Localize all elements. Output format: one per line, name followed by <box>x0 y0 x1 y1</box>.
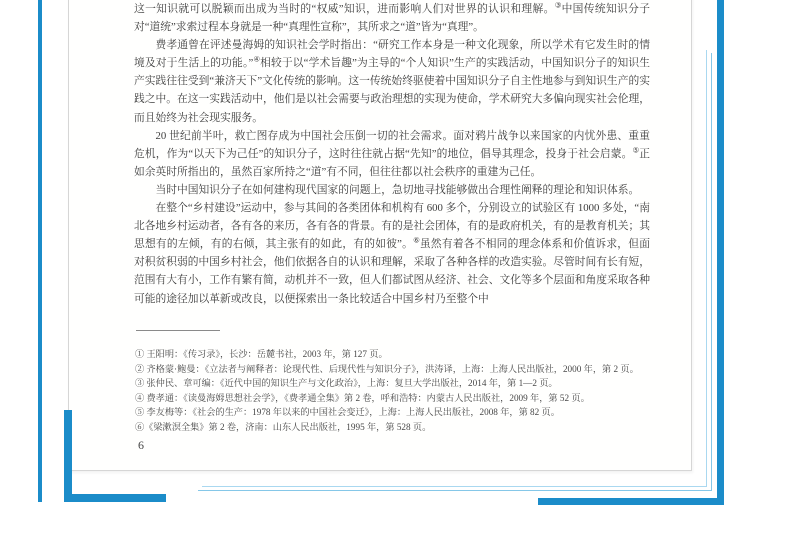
decor-right-bracket <box>538 0 724 505</box>
decor-bottom-left-bracket <box>64 410 166 502</box>
decor-left-line <box>38 0 42 502</box>
scanned-book-page: 这一知识就可以脱颖而出成为当时的“权威”知识，进而影响人们对世界的认识和理解。③… <box>0 0 790 558</box>
